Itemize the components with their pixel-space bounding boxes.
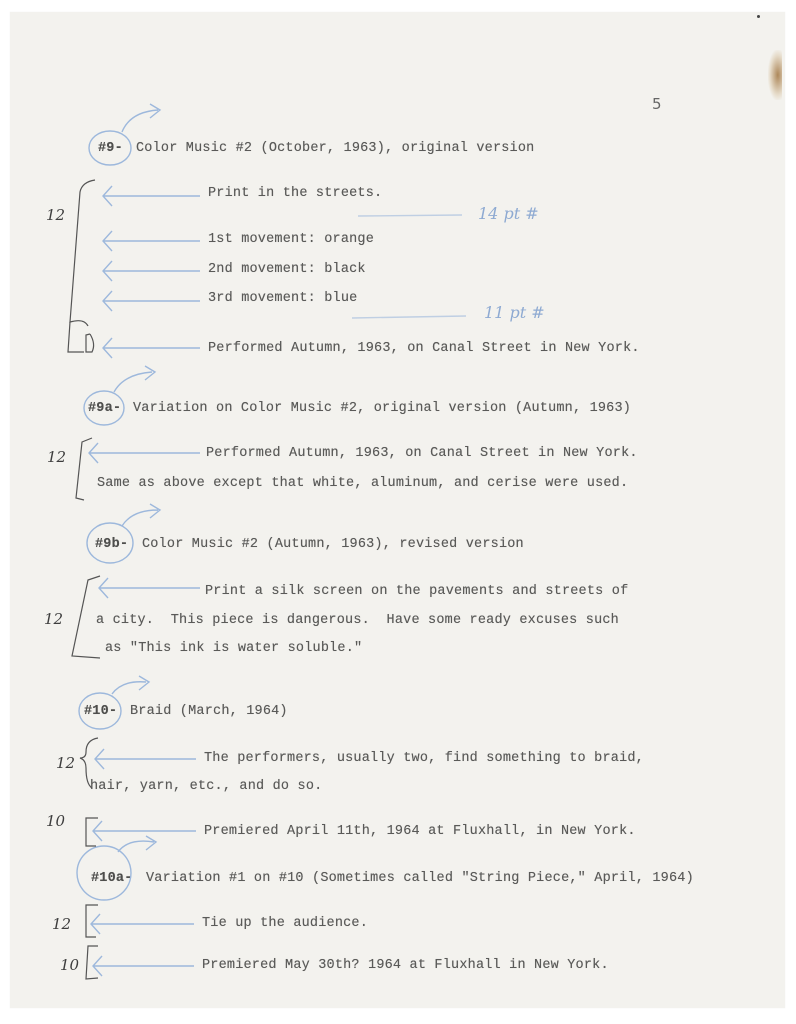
handwritten-size-mark: 12 [44,610,63,628]
handwritten-size-mark: 10 [46,812,65,830]
handwritten-size-mark: 10 [60,956,79,974]
entry-line: 2nd movement: black [208,262,366,277]
entry-line: 1st movement: orange [208,232,374,247]
entry-line: Performed Autumn, 1963, on Canal Street … [208,341,640,356]
entry-line: Premiered May 30th? 1964 at Fluxhall in … [202,958,609,973]
paper-stain [768,50,782,100]
entry-number: #10- [84,704,117,719]
handwritten-size-mark: 12 [56,754,75,772]
page-number: 5 [652,95,662,113]
handwritten-type-spec: 14 pt # [478,204,539,223]
entry-line: a city. This piece is dangerous. Have so… [96,613,619,628]
entry-number: #9a- [88,401,121,416]
entry-line: Print in the streets. [208,186,382,201]
entry-number: #10a- [91,871,133,886]
pin-hole [757,15,760,18]
entry-number: #9- [98,141,123,156]
handwritten-size-mark: 12 [47,448,66,466]
entry-heading: Variation on Color Music #2, original ve… [133,401,631,416]
entry-heading: Color Music #2 (October, 1963), original… [136,141,534,156]
document-page [10,12,785,1008]
entry-line: hair, yarn, etc., and do so. [90,779,322,794]
entry-heading: Color Music #2 (Autumn, 1963), revised v… [142,537,524,552]
entry-line: Premiered April 11th, 1964 at Fluxhall, … [204,824,636,839]
entry-number: #9b- [95,537,128,552]
entry-line: as "This ink is water soluble." [105,641,362,656]
entry-line: Performed Autumn, 1963, on Canal Street … [206,446,638,461]
handwritten-type-spec: 11 pt # [484,303,545,322]
entry-line: 3rd movement: blue [208,291,357,306]
entry-line: Print a silk screen on the pavements and… [205,584,628,599]
entry-line: Tie up the audience. [202,916,368,931]
handwritten-size-mark: 12 [46,206,65,224]
entry-heading: Variation #1 on #10 (Sometimes called "S… [146,871,694,886]
entry-line: The performers, usually two, find someth… [204,751,644,766]
entry-heading: Braid (March, 1964) [130,704,288,719]
handwritten-size-mark: 12 [52,915,71,933]
entry-line: Same as above except that white, aluminu… [97,476,628,491]
